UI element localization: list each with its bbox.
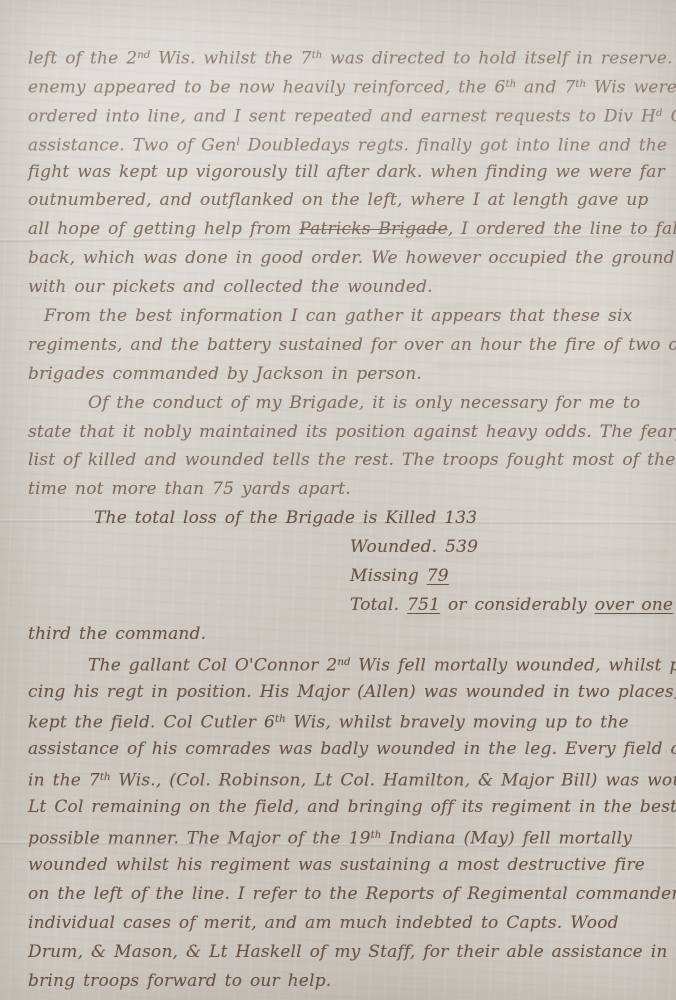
handwritten-text: possible manner. The Major of the 19	[28, 829, 371, 849]
handwritten-text: back, which was done in good order. We h…	[28, 248, 675, 268]
letter-line: left of the 2nd Wis. whilst the 7th was …	[28, 42, 668, 71]
superscript-text: th	[275, 714, 286, 725]
letter-line: outnumbered, and outflanked on the left,…	[28, 186, 668, 215]
handwritten-text: cing his regt in position. His Major (Al…	[28, 682, 676, 702]
letter-line: Lt Col remaining on the field, and bring…	[28, 793, 668, 822]
superscript-text: th	[100, 772, 111, 783]
handwritten-text: individual cases of merit, and am much i…	[28, 913, 619, 933]
handwritten-text: Doubledays regts. finally got into line …	[240, 135, 667, 155]
handwritten-text: Missing	[350, 566, 427, 586]
letter-line: Drum, & Mason, & Lt Haskell of my Staff,…	[28, 938, 668, 967]
handwritten-text: Of the conduct of my Brigade, it is only…	[88, 393, 640, 413]
letter-line: kept the field. Col Cutler 6th Wis, whil…	[28, 706, 668, 735]
handwritten-text: time not more than 75 yards apart.	[28, 479, 351, 499]
handwritten-text: Drum, & Mason, & Lt Haskell of my Staff,…	[28, 942, 667, 962]
handwritten-text: Lt Col remaining on the field, and bring…	[28, 797, 676, 817]
handwritten-text: regiments, and the battery sustained for…	[28, 335, 676, 355]
handwritten-text: Total.	[350, 595, 407, 615]
handwritten-text: Wis, whilst bravely moving up to the	[286, 713, 629, 733]
underlined-text: over one	[595, 595, 673, 615]
handwritten-text: with our pickets and collected the wound…	[28, 277, 433, 297]
letter-line: brigades commanded by Jackson in person.	[28, 360, 668, 389]
handwritten-text: From the best information I can gather i…	[44, 306, 632, 326]
letter-line: enemy appeared to be now heavily reinfor…	[28, 71, 668, 100]
letter-line: Missing 79	[28, 562, 668, 591]
handwritten-text: The total loss of the Brigade is Killed …	[94, 508, 477, 528]
handwritten-text: Qrs for	[663, 106, 676, 126]
letter-page: left of the 2nd Wis. whilst the 7th was …	[0, 0, 676, 1000]
superscript-text: th	[371, 830, 382, 841]
letter-body: left of the 2nd Wis. whilst the 7th was …	[28, 42, 668, 995]
handwritten-text: Wounded. 539	[350, 537, 478, 557]
letter-line: on the left of the line. I refer to the …	[28, 880, 668, 909]
letter-line: with our pickets and collected the wound…	[28, 273, 668, 302]
letter-line: bring troops forward to our help.	[28, 967, 668, 996]
handwritten-text: bring troops forward to our help.	[28, 971, 331, 991]
struck-out-text: Patricks Brigade	[299, 219, 448, 239]
handwritten-text: and 7	[516, 78, 575, 98]
handwritten-text: Wis., (Col. Robinson, Lt Col. Hamilton, …	[111, 771, 676, 791]
handwritten-text: Indiana (May) fell mortally	[381, 829, 632, 849]
handwritten-text: in the 7	[28, 771, 100, 791]
letter-line: possible manner. The Major of the 19th I…	[28, 822, 668, 851]
handwritten-text: third the command.	[28, 624, 206, 644]
handwritten-text: outnumbered, and outflanked on the left,…	[28, 190, 648, 210]
handwritten-text: , I ordered the line to fall	[448, 219, 676, 239]
handwritten-text: brigades commanded by Jackson in person.	[28, 364, 422, 384]
handwritten-text: assistance of his comrades was badly wou…	[28, 739, 676, 759]
letter-line: Of the conduct of my Brigade, it is only…	[28, 389, 668, 418]
letter-line: cing his regt in position. His Major (Al…	[28, 678, 668, 707]
handwritten-text: Wis were both	[586, 78, 676, 98]
letter-line: in the 7th Wis., (Col. Robinson, Lt Col.…	[28, 764, 668, 793]
letter-line: The total loss of the Brigade is Killed …	[28, 504, 668, 533]
letter-line: individual cases of merit, and am much i…	[28, 909, 668, 938]
superscript-text: th	[575, 79, 586, 90]
letter-line: fight was kept up vigorously till after …	[28, 158, 668, 187]
superscript-text: nd	[137, 50, 150, 61]
letter-line: wounded whilst his regiment was sustaini…	[28, 851, 668, 880]
letter-line: The gallant Col O'Connor 2nd Wis fell mo…	[28, 649, 668, 678]
handwritten-text: left of the 2	[28, 49, 137, 69]
handwritten-text: fight was kept up vigorously till after …	[28, 162, 665, 182]
superscript-text: th	[312, 50, 323, 61]
handwritten-text: ordered into line, and I sent repeated a…	[28, 106, 656, 126]
letter-line: assistance. Two of Genl Doubledays regts…	[28, 129, 668, 158]
handwritten-text: list of killed and wounded tells the res…	[28, 450, 676, 470]
handwritten-text: or considerably	[440, 595, 595, 615]
handwritten-text: wounded whilst his regiment was sustaini…	[28, 855, 645, 875]
handwritten-text: was directed to hold itself in reserve. …	[322, 49, 676, 69]
letter-line: ordered into line, and I sent repeated a…	[28, 100, 668, 129]
underlined-text: 751	[407, 595, 440, 615]
letter-line: state that it nobly maintained its posit…	[28, 418, 668, 447]
letter-line: regiments, and the battery sustained for…	[28, 331, 668, 360]
handwritten-text: state that it nobly maintained its posit…	[28, 422, 676, 442]
letter-line: third the command.	[28, 620, 668, 649]
letter-line: Wounded. 539	[28, 533, 668, 562]
handwritten-text: Wis. whilst the 7	[150, 49, 311, 69]
handwritten-text: assistance. Two of Gen	[28, 135, 237, 155]
letter-line: all hope of getting help from Patricks B…	[28, 215, 668, 244]
underlined-text: 79	[427, 566, 449, 586]
handwritten-text: on the left of the line. I refer to the …	[28, 884, 676, 904]
letter-line: assistance of his comrades was badly wou…	[28, 735, 668, 764]
handwritten-text: Wis fell mortally wounded, whilst pla-	[350, 655, 676, 675]
letter-line: back, which was done in good order. We h…	[28, 244, 668, 273]
letter-line: From the best information I can gather i…	[28, 302, 668, 331]
letter-line: time not more than 75 yards apart.	[28, 475, 668, 504]
handwritten-text: kept the field. Col Cutler 6	[28, 713, 275, 733]
superscript-text: nd	[337, 657, 350, 668]
letter-line: Total. 751 or considerably over one	[28, 591, 668, 620]
letter-line: list of killed and wounded tells the res…	[28, 446, 668, 475]
superscript-text: th	[506, 79, 517, 90]
handwritten-text: all hope of getting help from	[28, 219, 299, 239]
handwritten-text: enemy appeared to be now heavily reinfor…	[28, 78, 506, 98]
handwritten-text: The gallant Col O'Connor 2	[88, 655, 337, 675]
